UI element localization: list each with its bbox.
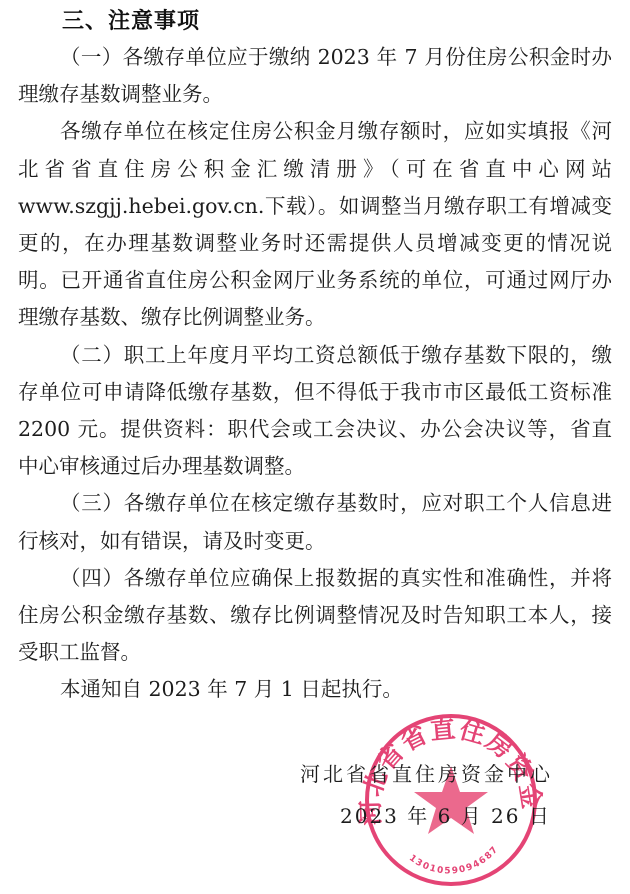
text-line: 更的，在办理基数调整业务时还需提供人员增减变更的情况说 (18, 228, 612, 258)
text-line: 行核对，如有错误，请及时变更。 (18, 526, 612, 556)
text-line: （四）各缴存单位应确保上报数据的真实性和准确性，并将 (60, 563, 612, 593)
text-line: （二）职工上年度月平均工资总额低于缴存基数下限的，缴 (60, 340, 612, 370)
issuing-organization: 河北省省直住房资金中心 (300, 758, 553, 787)
section-heading: 三、注意事项 (62, 4, 200, 35)
text-line: 理缴存基数、缴存比例调整业务。 (18, 302, 612, 332)
svg-text:1301059094687: 1301059094687 (407, 844, 501, 876)
text-line: 受职工监督。 (18, 637, 612, 667)
text-line: （三）各缴存单位在核定缴存基数时，应对职工个人信息进 (60, 488, 612, 518)
text-line: 中心审核通过后办理基数调整。 (18, 451, 612, 481)
text-line: 本通知自 2023 年 7 月 1 日起执行。 (60, 674, 612, 704)
text-line: （一）各缴存单位应于缴纳 2023 年 7 月份住房公积金时办 (60, 42, 612, 72)
text-line: 存单位可申请降低缴存基数，但不得低于我市市区最低工资标准 (18, 377, 612, 407)
text-line: www.szgjj.hebei.gov.cn.下载）。如调整当月缴存职工有增减变 (18, 191, 612, 221)
text-line: 2200 元。提供资料：职代会或工会决议、办公会决议等，省直 (18, 414, 612, 444)
text-line: 北省省直住房公积金汇缴清册》（可在省直中心网站 (18, 154, 612, 184)
text-line: 住房公积金缴存基数、缴存比例调整情况及时告知职工本人，接 (18, 600, 612, 630)
issue-date: 2023 年 6 月 26 日 (340, 800, 551, 829)
text-line: 各缴存单位在核定住房公积金月缴存额时，应如实填报《河 (60, 116, 612, 146)
seal-code: 1301059094687 (407, 844, 501, 876)
document-page: 三、注意事项 （一）各缴存单位应于缴纳 2023 年 7 月份住房公积金时办理缴… (0, 0, 630, 894)
text-line: 明。已开通省直住房公积金网厅业务系统的单位，可通过网厅办 (18, 265, 612, 295)
text-line: 理缴存基数调整业务。 (18, 79, 612, 109)
